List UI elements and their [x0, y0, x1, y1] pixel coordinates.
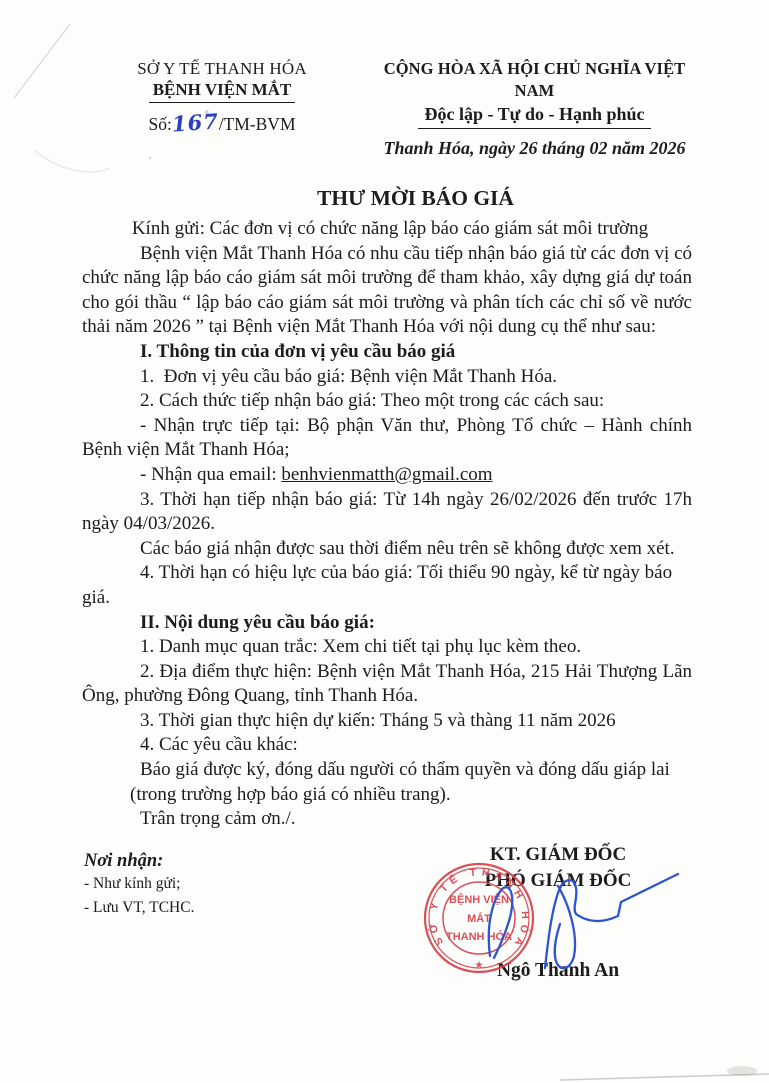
official-stamp: SỞ Y TẾ THANH HÓA BỆNH VIỆN MẮT THANH HÓ… — [425, 864, 533, 972]
recipient-item: - Như kính gửi; — [84, 872, 194, 896]
national-motto-line1: CỘNG HÒA XÃ HỘI CHỦ NGHĨA VIỆT NAM — [370, 58, 699, 102]
recipients-heading: Nơi nhận: — [84, 850, 194, 872]
stamp-and-signature: SỞ Y TẾ THANH HÓA BỆNH VIỆN MẮT THANH HÓ… — [355, 846, 769, 1066]
section-1-item-3: 3. Thời hạn tiếp nhận báo giá: Từ 14h ng… — [82, 488, 692, 537]
email-address: benhvienmatth@gmail.com — [281, 464, 492, 485]
scanned-letter-page: SỞ Y TẾ THANH HÓA BỆNH VIỆN MẮT Số:167/T… — [0, 0, 769, 1083]
letter-body: Kính gửi: Các đơn vị có chức năng lập bá… — [0, 213, 769, 832]
closing-line: Trân trọng cảm ơn./. — [82, 807, 692, 832]
scan-smudge-top-left — [0, 0, 230, 210]
section-2-note-2: (trong trường hợp báo giá có nhiều trang… — [82, 783, 692, 808]
stamp-star-icon: ★ — [475, 960, 484, 971]
section-1-item-4: 4. Thời hạn có hiệu lực của báo giá: Tối… — [82, 561, 692, 610]
place-date-line: Thanh Hóa, ngày 26 tháng 02 năm 2026 — [370, 138, 699, 159]
handwritten-ref-number: 167 — [171, 113, 219, 132]
section-2-item-4: 4. Các yêu cầu khác: — [82, 733, 692, 758]
section-2-note-1: Báo giá được ký, đóng dấu người có thẩm … — [82, 758, 692, 783]
email-label: - Nhận qua email: — [140, 464, 281, 485]
section-1-item-2a: - Nhận trực tiếp tại: Bộ phận Văn thư, P… — [82, 414, 692, 463]
section-2-item-2: 2. Địa điểm thực hiện: Bệnh viện Mắt Tha… — [82, 660, 692, 709]
section-2-item-1: 1. Danh mục quan trắc: Xem chi tiết tại … — [82, 635, 692, 660]
section-1-note: Các báo giá nhận được sau thời điểm nêu … — [82, 537, 692, 562]
recipients-block: Nơi nhận: - Như kính gửi; - Lưu VT, TCHC… — [84, 850, 194, 920]
section-2-item-3: 3. Thời gian thực hiện dự kiến: Tháng 5 … — [82, 709, 692, 734]
signature-block: Nơi nhận: - Như kính gửi; - Lưu VT, TCHC… — [0, 838, 769, 1083]
national-motto-line2: Độc lập - Tự do - Hạnh phúc — [418, 104, 650, 129]
salutation-line: Kính gửi: Các đơn vị có chức năng lập bá… — [82, 217, 692, 242]
section-1-item-1: 1. Đơn vị yêu cầu báo giá: Bệnh viện Mắt… — [82, 365, 692, 390]
recipient-item: - Lưu VT, TCHC. — [84, 896, 194, 920]
intro-paragraph: Bệnh viện Mắt Thanh Hóa có nhu cầu tiếp … — [82, 242, 692, 340]
section-1-item-2b: - Nhận qua email: benhvienmatth@gmail.co… — [82, 463, 692, 488]
section-1-heading: I. Thông tin của đơn vị yêu cầu báo giá — [82, 340, 692, 365]
section-1-item-2: 2. Cách thức tiếp nhận báo giá: Theo một… — [82, 389, 692, 414]
stamp-center-line2: MẮT — [467, 912, 491, 925]
stamp-center-line1: BỆNH VIỆN — [449, 893, 509, 906]
ref-suffix: /TM-BVM — [219, 114, 296, 134]
signature-scribble — [489, 874, 678, 968]
scan-edge-bottom — [0, 1053, 769, 1083]
national-header-block: CỘNG HÒA XÃ HỘI CHỦ NGHĨA VIỆT NAM Độc l… — [370, 58, 703, 159]
section-2-heading: II. Nội dung yêu cầu báo giá: — [82, 611, 692, 636]
